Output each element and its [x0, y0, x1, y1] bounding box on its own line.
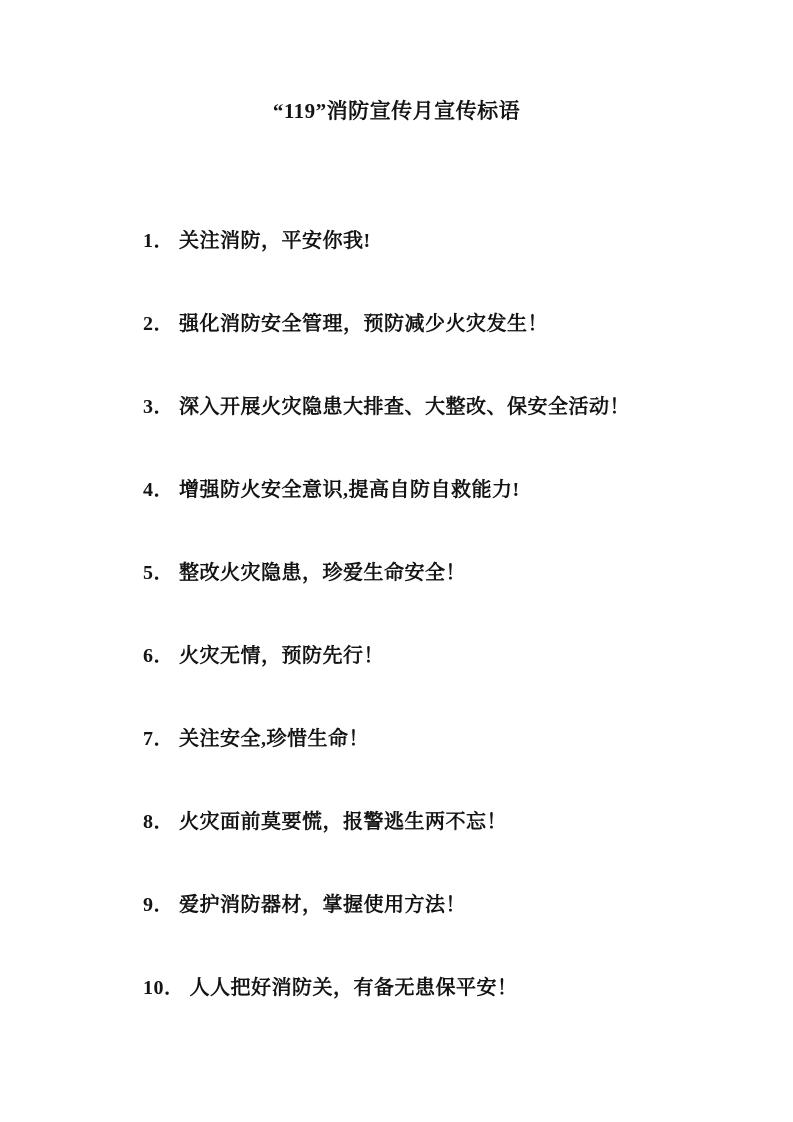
item-number: 7．: [143, 726, 174, 753]
item-text: 火灾无情，预防先行！: [179, 645, 384, 667]
item-text: 增强防火安全意识,提高自防自救能力!: [179, 479, 520, 501]
item-text: 关注安全,珍惜生命！: [179, 728, 369, 750]
item-text: 爱护消防器材，掌握使用方法！: [179, 894, 466, 916]
slogan-item-1: 1．关注消防，平安你我!: [143, 228, 753, 255]
slogan-item-10: 10．人人把好消防关，有备无患保平安！: [143, 975, 753, 1002]
slogan-list: 1．关注消防，平安你我! 2．强化消防安全管理，预防减少火灾发生！ 3．深入开展…: [0, 228, 793, 1002]
item-number: 4．: [143, 477, 174, 504]
slogan-item-9: 9．爱护消防器材，掌握使用方法！: [143, 892, 753, 919]
slogan-item-8: 8．火灾面前莫要慌，报警逃生两不忘！: [143, 809, 753, 836]
item-number: 5．: [143, 560, 174, 587]
slogan-item-4: 4．增强防火安全意识,提高自防自救能力!: [143, 477, 753, 504]
item-text: 深入开展火灾隐患大排查、大整改、保安全活动！: [179, 396, 630, 418]
item-number: 10．: [143, 975, 185, 1002]
item-number: 3．: [143, 394, 174, 421]
item-text: 关注消防，平安你我!: [179, 230, 371, 252]
document-page: “119”消防宣传月宣传标语 1．关注消防，平安你我! 2．强化消防安全管理，预…: [0, 0, 793, 1122]
slogan-item-5: 5．整改火灾隐患，珍爱生命安全！: [143, 560, 753, 587]
item-number: 2．: [143, 311, 174, 338]
item-text: 整改火灾隐患，珍爱生命安全！: [179, 562, 466, 584]
slogan-item-3: 3．深入开展火灾隐患大排查、大整改、保安全活动！: [143, 394, 753, 421]
item-number: 8．: [143, 809, 174, 836]
item-number: 1．: [143, 228, 174, 255]
item-text: 强化消防安全管理，预防减少火灾发生！: [179, 313, 548, 335]
slogan-item-7: 7．关注安全,珍惜生命！: [143, 726, 753, 753]
item-text: 人人把好消防关，有备无患保平安！: [190, 977, 518, 999]
document-title: “119”消防宣传月宣传标语: [0, 0, 793, 125]
item-text: 火灾面前莫要慌，报警逃生两不忘！: [179, 811, 507, 833]
item-number: 9．: [143, 892, 174, 919]
item-number: 6．: [143, 643, 174, 670]
slogan-item-2: 2．强化消防安全管理，预防减少火灾发生！: [143, 311, 753, 338]
slogan-item-6: 6．火灾无情，预防先行！: [143, 643, 753, 670]
